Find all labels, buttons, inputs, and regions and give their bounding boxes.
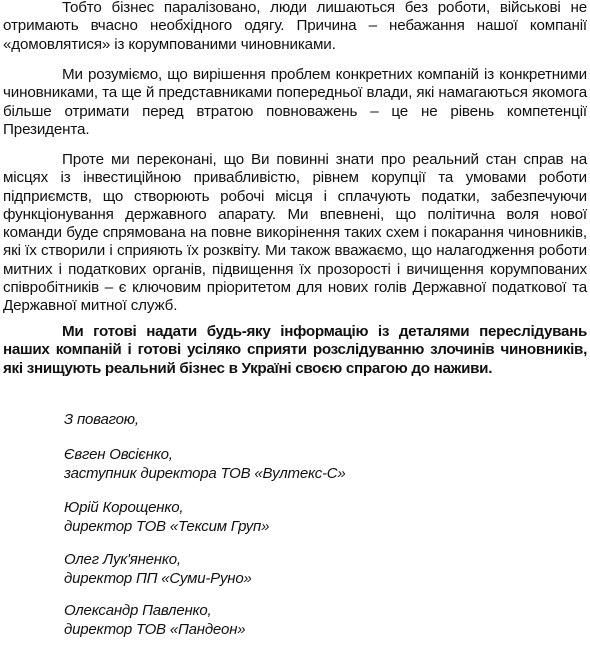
- signatory-position: директор ТОВ «Тексим Груп»: [64, 518, 269, 537]
- signatory-1: Євген Овсієнко, заступник директора ТОВ …: [64, 446, 346, 483]
- signatory-position: заступник директора ТОВ «Вултекс-С»: [64, 465, 346, 484]
- paragraph-convinced: Проте ми переконані, що Ви повинні знати…: [3, 151, 587, 316]
- closing-salutation: З повагою,: [64, 411, 139, 430]
- signatory-name: Олег Лук'яненко,: [64, 551, 252, 570]
- signatory-name: Юрій Корощенко,: [64, 499, 269, 518]
- signatory-4: Олександр Павленко, директор ТОВ «Пандео…: [64, 602, 245, 639]
- signatory-2: Юрій Корощенко, директор ТОВ «Тексим Гру…: [64, 499, 269, 536]
- paragraph-ready-to-help: Ми готові надати будь-яку інформацію із …: [3, 323, 587, 378]
- paragraph-business-paralyzed: Тобто бізнес паралізовано, люди лишаютьс…: [3, 0, 587, 54]
- signatory-position: директор ТОВ «Пандеон»: [64, 621, 245, 640]
- signatory-name: Євген Овсієнко,: [64, 446, 346, 465]
- signatory-name: Олександр Павленко,: [64, 602, 245, 621]
- signatory-3: Олег Лук'яненко, директор ПП «Суми-Руно»: [64, 551, 252, 588]
- paragraph-understanding: Ми розуміємо, що вирішення проблем конкр…: [3, 66, 587, 139]
- signatory-position: директор ПП «Суми-Руно»: [64, 570, 252, 589]
